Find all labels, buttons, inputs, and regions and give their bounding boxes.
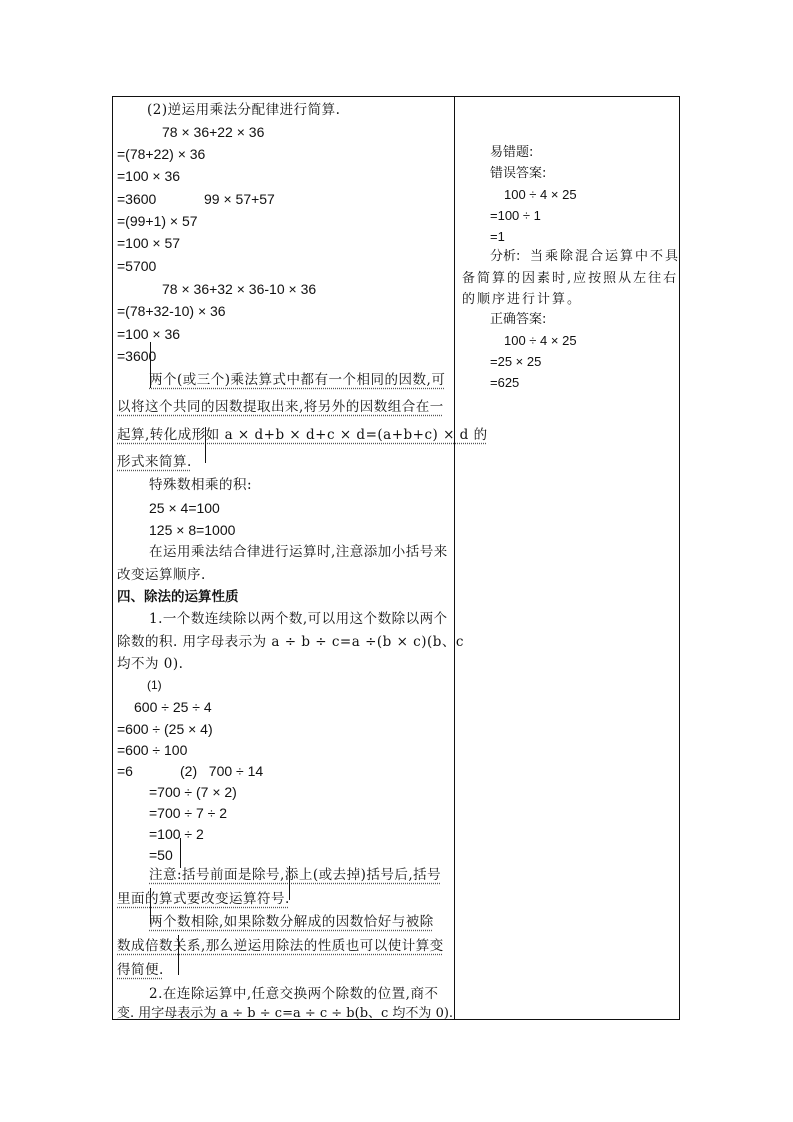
expression: =(78+22) × 36 — [117, 146, 205, 162]
error-prone-title: 易错题: — [490, 145, 533, 161]
correct-answer-label: 正确答案: — [490, 312, 546, 328]
column-divider — [454, 96, 455, 1020]
text-cursor-mark — [289, 866, 290, 900]
expression: =100 ÷ 1 — [490, 208, 541, 224]
paragraph-line: 起算,转化成形如 a × d+b × d+c × d=(a+b+c) × d 的 — [117, 427, 488, 443]
paragraph-line: 注意:括号前面是除号,添上(或去掉)括号后,括号 — [149, 867, 441, 883]
analysis-label: 分析: — [490, 249, 520, 265]
paragraph-line: 里面的算式要改变运算符号. — [117, 891, 290, 907]
paragraph-line: 数成倍数关系,那么逆运用除法的性质也可以使计算变 — [117, 938, 444, 954]
analysis-text: 备简算的因素时,应按照从左往右 — [462, 271, 678, 287]
paragraph-line: 均不为 0). — [117, 656, 183, 672]
analysis-text: 当乘除混合运算中不具 — [530, 249, 680, 265]
analysis-text: 的顺序进行计算。 — [462, 292, 582, 308]
expression: =600 ÷ (25 × 4) — [117, 721, 213, 737]
expression: =(99+1) × 57 — [117, 213, 198, 229]
expression: =100 × 57 — [117, 235, 180, 251]
example-label: (1) — [147, 677, 162, 693]
paragraph-line: 2.在连除运算中,任意交换两个除数的位置,商不 — [149, 986, 438, 1002]
text-cursor-mark — [205, 427, 206, 463]
expression: =6 — [117, 763, 133, 779]
paragraph-line: 以将这个共同的因数提取出来,将另外的因数组合在一 — [117, 399, 444, 415]
expression: 100 ÷ 4 × 25 — [504, 187, 577, 203]
paragraph-line: 1.一个数连续除以两个数,可以用这个数除以两个 — [149, 611, 448, 627]
paragraph-line: 两个(或三个)乘法算式中都有一个相同的因数,可 — [149, 372, 445, 388]
expression: 125 × 8=1000 — [149, 522, 235, 538]
text-cursor-mark — [180, 838, 181, 868]
expression: =100 ÷ 2 — [149, 826, 204, 842]
expression: 99 × 57+57 — [204, 191, 275, 207]
expression: =700 ÷ (7 × 2) — [149, 784, 237, 800]
expression: =3600 — [117, 191, 156, 207]
paragraph-line: 得简便. — [117, 962, 164, 978]
expression: =625 — [490, 375, 519, 391]
paragraph-line: 变. 用字母表示为 a ÷ b ÷ c=a ÷ c ÷ b(b、c 均不为 0)… — [117, 1006, 453, 1022]
section-heading: 四、除法的运算性质 — [117, 589, 239, 605]
expression: 25 × 4=100 — [149, 500, 220, 516]
expression: =1 — [490, 229, 505, 245]
wrong-answer-label: 错误答案: — [490, 166, 546, 182]
expression: 78 × 36+32 × 36-10 × 36 — [162, 281, 316, 297]
expression: 600 ÷ 25 ÷ 4 — [134, 699, 212, 715]
paragraph-line: 形式来简算. — [117, 454, 192, 470]
expression: =700 ÷ 7 ÷ 2 — [149, 805, 227, 821]
expression: =50 — [149, 847, 173, 863]
subsection-heading: (2)逆运用乘法分配律进行简算. — [147, 102, 340, 118]
paragraph-line: 除数的积. 用字母表示为 a ÷ b ÷ c=a ÷(b × c)(b、c — [117, 634, 464, 650]
paragraph-line: 改变运算顺序. — [117, 567, 206, 583]
text-cursor-mark — [150, 342, 151, 388]
text-cursor-mark — [150, 888, 151, 924]
expression: =100 × 36 — [117, 168, 180, 184]
paragraph-line: 在运用乘法结合律进行运算时,注意添加小括号来 — [149, 544, 448, 560]
expression: =5700 — [117, 258, 156, 274]
expression: =600 ÷ 100 — [117, 742, 187, 758]
expression: =100 × 36 — [117, 326, 180, 342]
paragraph-line: 特殊数相乘的积: — [149, 477, 252, 493]
expression: =(78+32-10) × 36 — [117, 303, 226, 319]
expression: 78 × 36+22 × 36 — [162, 124, 264, 140]
paragraph-line: 两个数相除,如果除数分解成的因数恰好与被除 — [149, 914, 434, 930]
text-cursor-mark — [178, 935, 179, 975]
expression: 100 ÷ 4 × 25 — [504, 333, 577, 349]
expression: =25 × 25 — [490, 354, 541, 370]
expression: (2) 700 ÷ 14 — [180, 763, 263, 779]
